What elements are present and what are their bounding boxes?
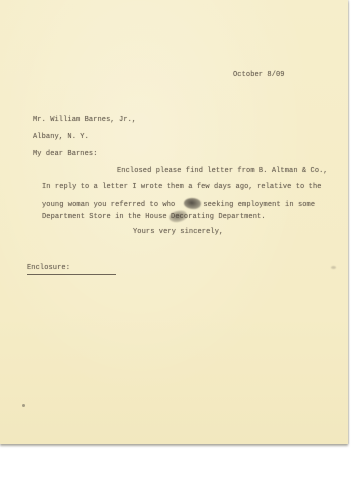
recipient-name-line: Mr. William Barnes, Jr., [33,116,136,125]
recipient-city-line: Albany, N. Y. [33,133,89,142]
paper-speck [331,266,336,269]
body-line-2: In reply to a letter I wrote them a few … [42,183,322,192]
body-line-3-before-blot: young woman you referred to who [42,201,175,209]
letter-paper: October 8/09 Mr. William Barnes, Jr., Al… [0,0,348,444]
paper-speck [22,404,25,407]
ink-blot [184,197,202,210]
scanned-letter-view: October 8/09 Mr. William Barnes, Jr., Al… [0,0,363,500]
salutation-line: My dear Barnes: [33,150,98,159]
letter-date: October 8/09 [233,71,285,80]
body-line-3-after-blot: seeking employment in some [203,201,315,209]
body-line-3: young woman you referred to whoseeking e… [42,198,315,210]
body-line-4: Department Store in the House Decorating… [42,213,266,222]
enclosure-notation: Enclosure: [27,264,116,275]
closing-line: Yours very sincerely, [133,228,223,237]
enclosure-label: Enclosure: [27,264,116,275]
body-line-1: Enclosed please find letter from B. Altm… [117,167,328,176]
